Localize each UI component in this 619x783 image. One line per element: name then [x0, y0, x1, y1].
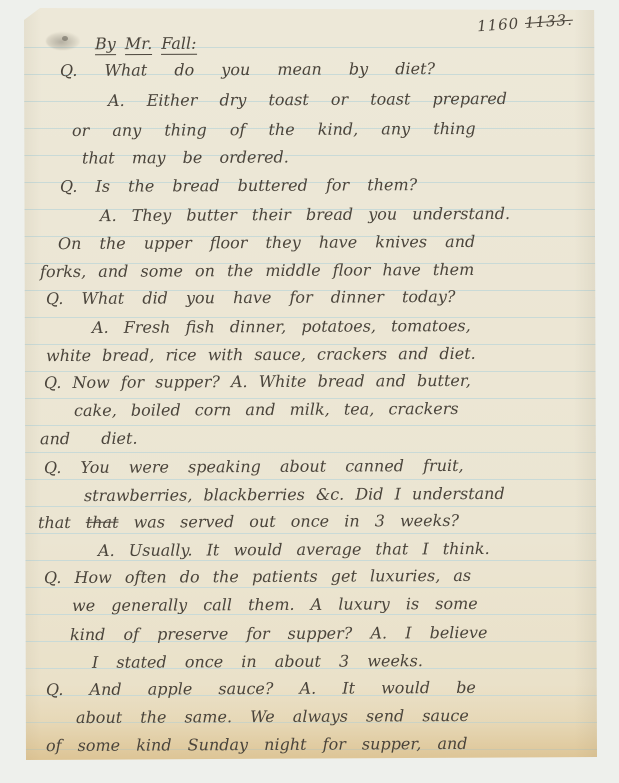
handwritten-line: A. Usually. It would average that I thin…: [98, 539, 490, 561]
handwritten-text: Mr.: [125, 34, 152, 55]
page-number-current: 1160: [477, 14, 520, 35]
handwritten-text: Q. Is the bread buttered for them?: [60, 175, 417, 196]
handwritten-line: On the upper floor they have knives and: [58, 232, 475, 254]
handwritten-line: I stated once in about 3 weeks.: [92, 651, 423, 673]
handwritten-text: A. Fresh fish dinner, potatoes, tomatoes…: [92, 316, 471, 337]
scanned-document: 1160 1133. By Mr. Fall:Q. What do you me…: [0, 0, 619, 783]
handwritten-text: forks, and some on the middle floor have…: [40, 260, 474, 281]
handwritten-text: kind of preserve for supper? A. I believ…: [70, 623, 488, 644]
handwritten-line: cake, boiled corn and milk, tea, cracker…: [74, 399, 459, 421]
handwritten-line: Q. How often do the patients get luxurie…: [44, 566, 471, 588]
handwritten-text: white bread, rice with sauce, crackers a…: [46, 344, 476, 365]
handwritten-text: Q. Now for supper? A. White bread and bu…: [44, 371, 471, 392]
handwritten-text: about the same. We always send sauce: [76, 706, 469, 727]
handwritten-text: that: [38, 513, 86, 532]
handwritten-text: [116, 34, 125, 53]
handwritten-line: white bread, rice with sauce, crackers a…: [46, 344, 476, 366]
handwritten-line: of some kind Sunday night for supper, an…: [46, 734, 468, 756]
handwritten-text: or any thing of the kind, any thing: [72, 119, 476, 140]
handwritten-text: Q. You were speaking about canned fruit,: [44, 456, 464, 477]
handwritten-line: that that was served out once in 3 weeks…: [38, 511, 459, 533]
handwritten-line: A. Fresh fish dinner, potatoes, tomatoes…: [92, 316, 471, 338]
handwritten-text: strawberries, blackberries &c. Did I und…: [84, 484, 505, 505]
handwritten-line: Q. You were speaking about canned fruit,: [44, 456, 464, 478]
handwritten-text: By: [95, 34, 116, 55]
handwritten-text: and diet.: [40, 429, 138, 449]
handwritten-line: Q. What do you mean by diet?: [60, 59, 435, 81]
ink-smudge: [46, 32, 80, 50]
handwritten-text: I stated once in about 3 weeks.: [92, 651, 423, 672]
handwritten-line: Q. Is the bread buttered for them?: [60, 175, 417, 197]
page-number-struck: 1133.: [524, 11, 573, 32]
handwritten-line: forks, and some on the middle floor have…: [40, 260, 474, 282]
handwritten-line: By Mr. Fall:: [95, 34, 197, 55]
handwritten-text: of some kind Sunday night for supper, an…: [46, 734, 468, 755]
handwritten-line: that may be ordered.: [82, 147, 289, 168]
handwritten-text: Q. How often do the patients get luxurie…: [44, 566, 471, 587]
handwritten-line: strawberries, blackberries &c. Did I und…: [84, 484, 505, 506]
handwritten-text: Q. And apple sauce? A. It would be: [46, 678, 476, 699]
handwritten-line: we generally call them. A luxury is some: [72, 594, 478, 616]
handwritten-line: Q. What did you have for dinner today?: [46, 287, 456, 309]
handwritten-text: A. They butter their bread you understan…: [100, 204, 510, 225]
handwritten-text: cake, boiled corn and milk, tea, cracker…: [74, 399, 459, 420]
handwritten-text: that may be ordered.: [82, 147, 289, 167]
handwritten-text: Q. What do you mean by diet?: [60, 59, 435, 80]
handwritten-line: A. They butter their bread you understan…: [100, 204, 510, 226]
handwritten-line: Q. Now for supper? A. White bread and bu…: [44, 371, 471, 393]
handwritten-text: Q. What did you have for dinner today?: [46, 287, 456, 308]
page-number: 1160 1133.: [477, 11, 574, 36]
handwritten-line: A. Either dry toast or toast prepared: [108, 89, 507, 111]
handwritten-line: kind of preserve for supper? A. I believ…: [70, 623, 488, 645]
handwritten-line: Q. And apple sauce? A. It would be: [46, 678, 476, 700]
manuscript-page: 1160 1133. By Mr. Fall:Q. What do you me…: [24, 8, 597, 760]
handwritten-line: and diet.: [40, 429, 138, 450]
handwritten-text: A. Usually. It would average that I thin…: [98, 539, 490, 560]
handwritten-text: A. Either dry toast or toast prepared: [108, 89, 507, 110]
handwritten-text: On the upper floor they have knives and: [58, 232, 475, 253]
handwritten-text: Fall:: [161, 34, 196, 55]
handwritten-line: or any thing of the kind, any thing: [72, 119, 476, 141]
handwritten-line: about the same. We always send sauce: [76, 706, 469, 728]
handwritten-text: that: [86, 513, 119, 532]
handwritten-text: we generally call them. A luxury is some: [72, 594, 478, 615]
ink-smudge-dot: [62, 36, 68, 41]
handwritten-text: was served out once in 3 weeks?: [118, 511, 459, 532]
